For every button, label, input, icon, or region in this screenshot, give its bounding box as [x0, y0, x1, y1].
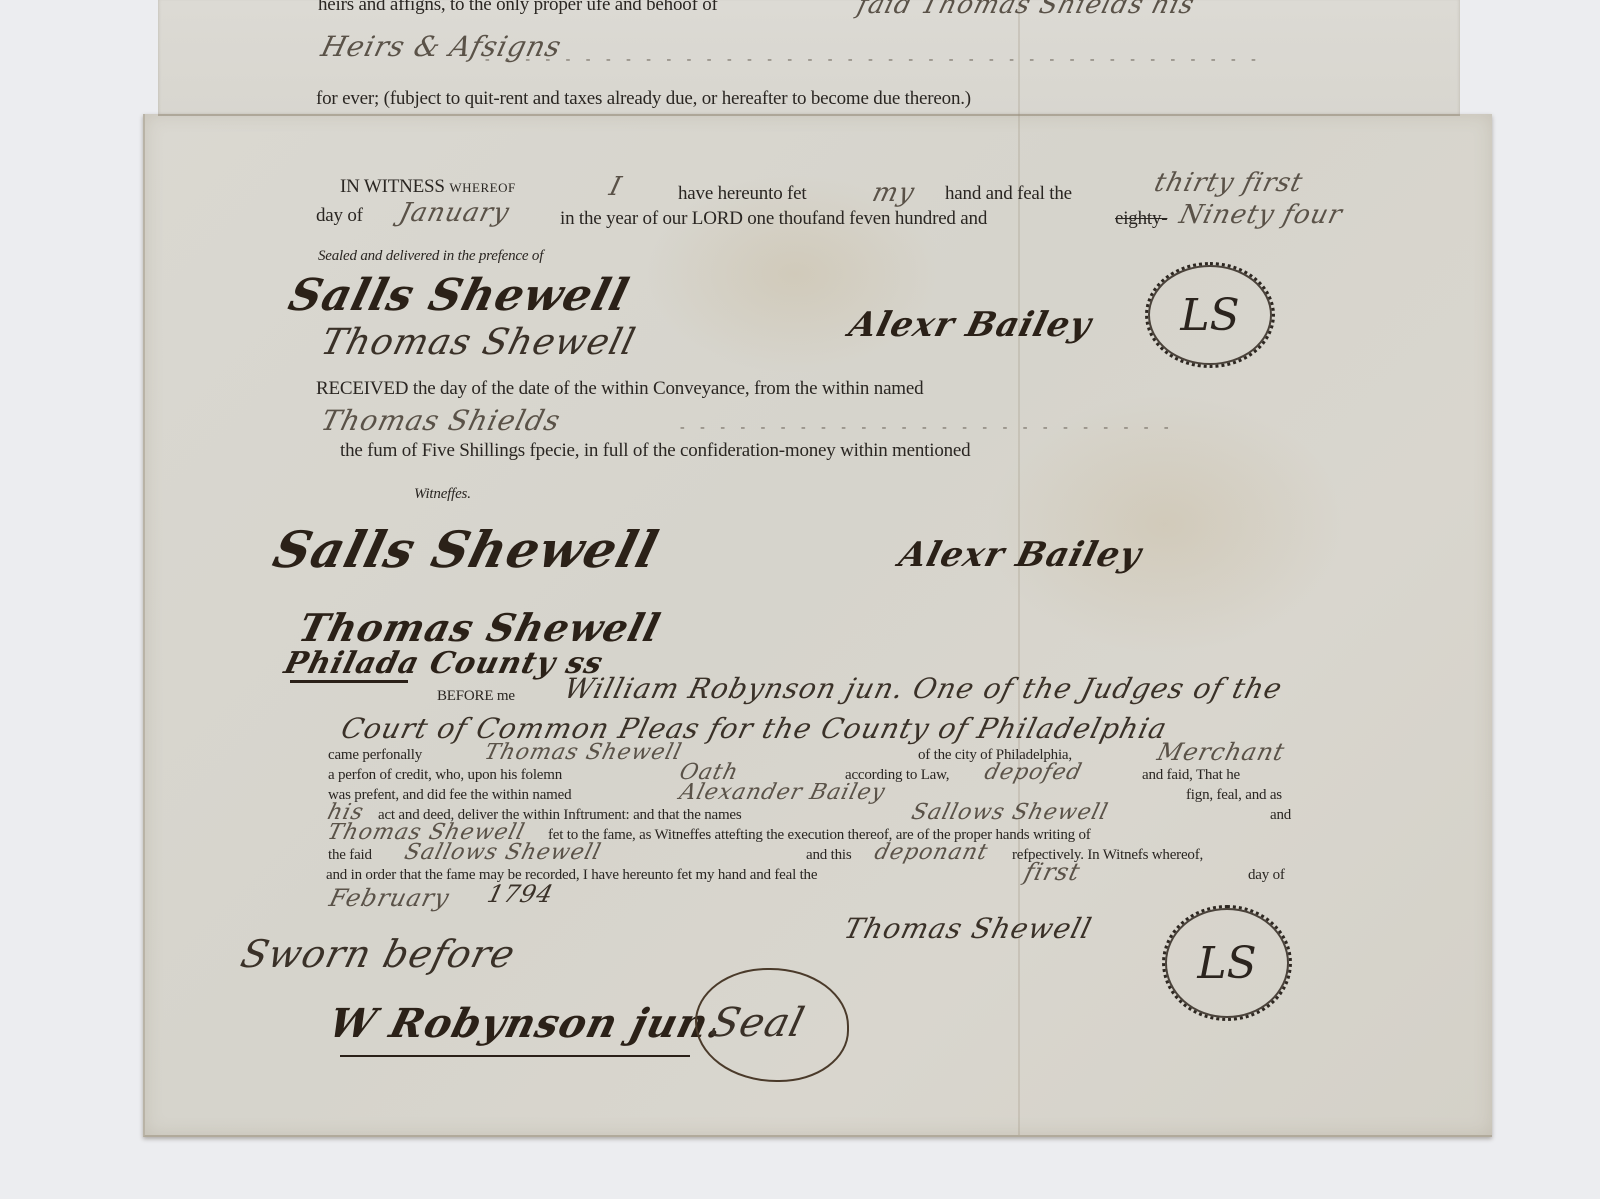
handwritten-text: Merchant: [1155, 738, 1289, 766]
handwritten-text: Thomas Shields: [318, 404, 564, 437]
deed-text: came perfonally: [328, 747, 422, 764]
handwritten-text: January: [396, 198, 513, 228]
seal-ls-icon: LS: [1162, 905, 1292, 1021]
fill-dots: - - - - - - - - - - - - - - - - - - - - …: [680, 420, 1175, 436]
handwritten-text: depofed: [982, 760, 1085, 785]
ink-underline: [290, 680, 408, 683]
handwritten-text: Court of Common Pleas for the County of …: [338, 712, 1171, 745]
struck-text: eighty-: [1115, 208, 1167, 230]
handwritten-text: Ninety four: [1176, 200, 1346, 230]
deed-text: the faid: [328, 847, 372, 864]
witness-signature: Thomas Shewell: [317, 322, 640, 363]
handwritten-text: Sallows Shewell: [909, 800, 1111, 825]
deed-text: BEFORE me: [437, 688, 515, 705]
deed-text: and faid, That he: [1142, 767, 1240, 784]
witness-signature: Thomas Shewell: [294, 605, 665, 650]
deed-text: day of: [316, 205, 363, 227]
handwritten-text: William Robynson jun. One of the Judges …: [561, 672, 1286, 705]
sealed-delivered-text: Sealed and delivered in the prefence of: [318, 248, 543, 265]
fill-dots: - - - - - - - - - - - - - - - - - - - - …: [485, 52, 1262, 68]
grantor-signature: Alexr Bailey: [895, 535, 1146, 575]
deed-text: in the year of our LORD one thoufand fev…: [560, 208, 987, 230]
handwritten-text: Alexander Bailey: [677, 780, 888, 805]
handwritten-text: 1794: [485, 880, 557, 908]
witnesses-label: Witneffes.: [414, 486, 471, 503]
grantor-signature: Alexr Bailey: [845, 305, 1096, 345]
receipt-text: the fum of Five Shillings fpecie, in ful…: [340, 440, 970, 462]
deed-text: day of: [1248, 867, 1285, 884]
sworn-before-text: Sworn before: [237, 932, 521, 976]
deed-text: for ever; (fubject to quit-rent and taxe…: [316, 88, 971, 110]
deed-text: hand and feal the: [945, 183, 1072, 205]
witness-signature: Salls Shewell: [284, 270, 635, 321]
deed-text: have hereunto fet: [678, 183, 806, 205]
deed-text: and this: [806, 847, 851, 864]
handwritten-text: thirty first: [1151, 168, 1306, 198]
handwritten-text: first: [1022, 858, 1084, 886]
deponent-signature: Thomas Shewell: [841, 912, 1096, 945]
handwritten-text: February: [327, 884, 453, 912]
judge-signature: W Robynson jun.: [324, 1000, 729, 1047]
handwritten-text: deponant: [872, 840, 991, 865]
fold-crease: [158, 114, 1460, 116]
deed-text: fet to the fame, as Witneffes attefting …: [548, 827, 1091, 844]
county-heading: Philada County ss: [281, 646, 607, 681]
handwritten-text: Sallows Shewell: [402, 840, 604, 865]
deed-text: heirs and affigns, to the only proper uf…: [318, 0, 718, 16]
witness-signature: Salls Shewell: [268, 520, 665, 579]
handwritten-text: Thomas Shewell: [482, 740, 685, 765]
seal-label: Seal: [706, 1000, 809, 1046]
seal-ls-icon: LS: [1145, 262, 1275, 368]
deed-text: and in order that the fame may be record…: [326, 867, 817, 884]
deed-text: fign, feal, and as: [1186, 787, 1282, 804]
receipt-text: RECEIVED the day of the date of the with…: [316, 378, 923, 400]
handwritten-text: my: [869, 178, 918, 208]
handwritten-text: faid Thomas Shields his: [854, 0, 1198, 20]
deed-text: a perfon of credit, who, upon his folemn: [328, 767, 562, 784]
deed-text: and: [1270, 807, 1291, 824]
witness-clause-heading: IN WITNESS WHEREOF: [340, 176, 516, 198]
ink-underline: [340, 1055, 690, 1057]
